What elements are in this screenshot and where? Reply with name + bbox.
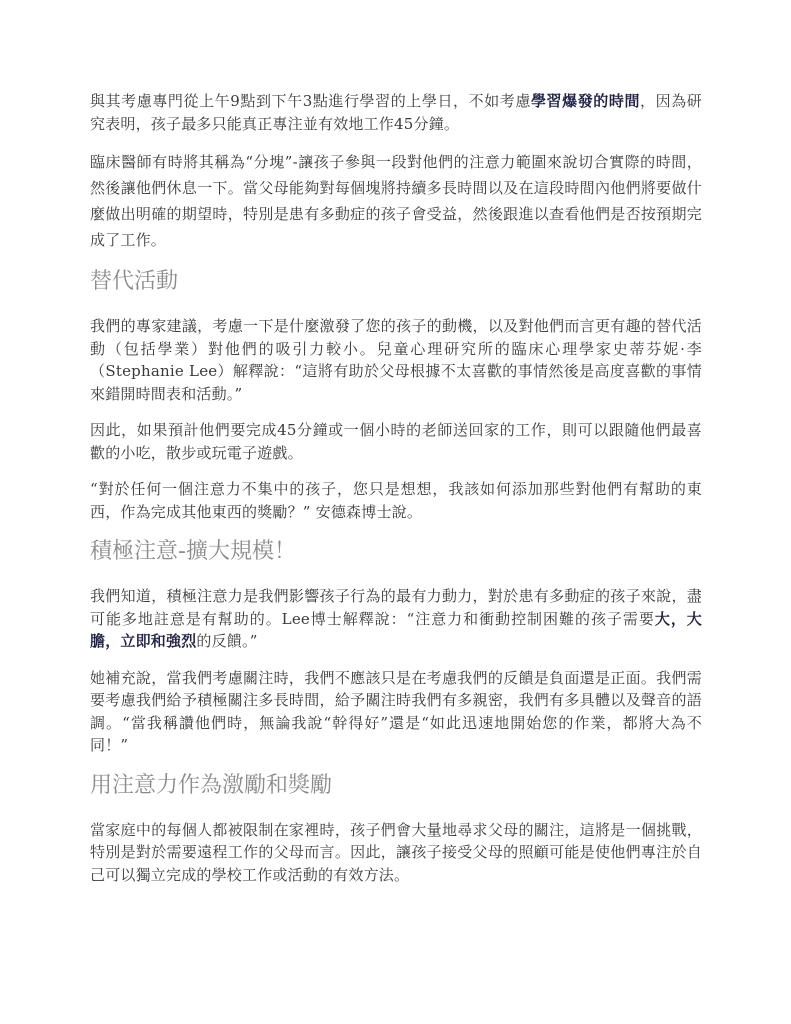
paragraph-text: 我們知道，積極注意力是我們影響孩子行為的最有力動力，對於患有多動症的孩子來說，盡…	[90, 587, 702, 628]
paragraph-learning-bursts: 與其考慮專門從上午9點到下午3點進行學習的上學日，不如考慮學習爆發的時間，因為研…	[90, 90, 702, 135]
paragraph-expert-advice: 我們的專家建議，考慮一下是什麼激發了您的孩子的動機，以及對他們而言更有趣的替代活…	[90, 315, 702, 405]
document-page: 與其考慮專門從上午9點到下午3點進行學習的上學日，不如考慮學習爆發的時間，因為研…	[90, 90, 702, 900]
paragraph-positive-attention: 我們知道，積極注意力是我們影響孩子行為的最有力動力，對於患有多動症的孩子來說，盡…	[90, 585, 702, 653]
heading-positive-attention: 積極注意-擴大規模！	[90, 537, 702, 567]
emphasis-text: 學習爆發的時間	[531, 92, 640, 110]
paragraph-text: 與其考慮專門從上午9點到下午3點進行學習的上學日，不如考慮	[90, 92, 531, 110]
paragraph-text: 的反饋。”	[196, 632, 257, 650]
paragraph-rewards-example: 因此，如果預計他們要完成45分鐘或一個小時的老師送回家的工作，則可以跟隨他們最喜…	[90, 419, 702, 464]
heading-attention-as-reward: 用注意力作為激勵和獎勵	[90, 771, 702, 801]
paragraph-feedback-tone: 她補充說，當我們考慮關注時，我們不應該只是在考慮我們的反饋是負面還是正面。我們需…	[90, 667, 702, 757]
paragraph-home-challenge: 當家庭中的每個人都被限制在家裡時，孩子們會大量地尋求父母的關注，這將是一個挑戰，…	[90, 819, 702, 887]
heading-alternative-activities: 替代活動	[90, 267, 702, 297]
paragraph-anderson-quote: “對於任何一個注意力不集中的孩子，您只是想想，我該如何添加那些對他們有幫助的東西…	[90, 478, 702, 523]
paragraph-chunking: 臨床醫師有時將其稱為“分塊”-讓孩子參與一段對他們的注意力範圍來說切合實際的時間…	[90, 149, 702, 253]
